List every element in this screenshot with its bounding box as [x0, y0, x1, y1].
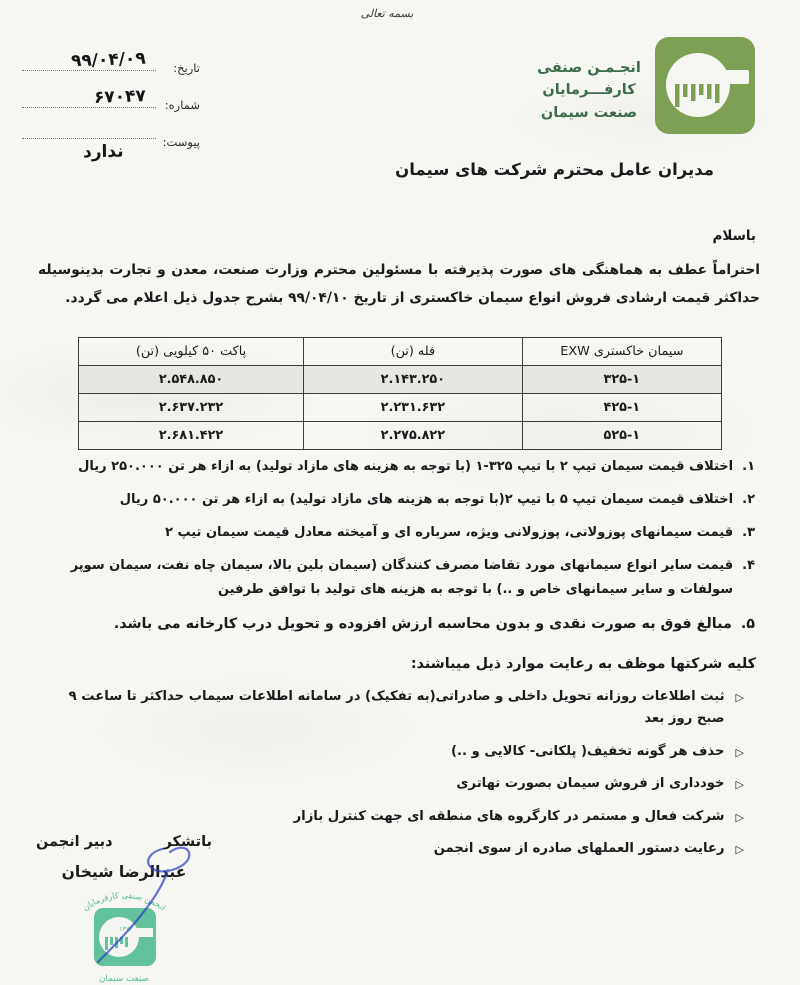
note-number: ۲. — [742, 488, 755, 512]
obligation-text: شرکت فعال و مستمر در کارگروه های منطقه ا… — [294, 806, 725, 828]
meta-date-row: تاریخ: ۹۹/۰۴/۰۹ — [20, 44, 200, 81]
arrow-bullet-icon: ▷ — [736, 773, 744, 795]
org-name-line: کارفـــرمایان — [530, 79, 648, 101]
org-name-line: انجـمـن صنفی — [530, 57, 648, 79]
number-label: شماره: — [165, 98, 200, 112]
note-item: ۱. اختلاف قیمت سیمان تیپ ۲ با تیپ ۳۲۵-۱ … — [34, 455, 755, 479]
price-table: سیمان خاکستری EXW فله (تن) پاکت ۵۰ کیلوی… — [78, 337, 722, 450]
bismillah-text: بسمه تعالی — [0, 7, 774, 20]
letter-meta: تاریخ: ۹۹/۰۴/۰۹ شماره: ۶۷۰۴۷ پیوست: ندار… — [20, 44, 200, 155]
note-number: ۳. — [742, 521, 755, 545]
notes-list: ۱. اختلاف قیمت سیمان تیپ ۲ با تیپ ۳۲۵-۱ … — [34, 455, 755, 647]
note-item: ۴. قیمت سایر انواع سیمانهای مورد تقاضا م… — [34, 554, 755, 602]
list-item: ▷ شرکت فعال و مستمر در کارگروه های منطقه… — [40, 806, 744, 828]
note-item: ۳. قیمت سیمانهای پوزولانی، پوزولانی ویژه… — [34, 521, 755, 545]
cement-type-cell: ۵۲۵-۱ — [522, 422, 721, 450]
list-item: ▷ حذف هر گونه تخفیف( پلکانی- کالایی و ..… — [40, 741, 744, 763]
bulk-price-cell: ۲.۲۳۱.۶۳۲ — [304, 394, 523, 422]
table-row: ۴۲۵-۱ ۲.۲۳۱.۶۳۲ ۲.۶۳۷.۲۳۲ — [79, 394, 722, 422]
letter-body: احتراماً عطف به هماهنگی های صورت پذیرفته… — [38, 256, 760, 313]
list-item: ▷ ثبت اطلاعات روزانه تحویل داخلی و صادرا… — [40, 686, 744, 731]
date-value-handwritten: ۹۹/۰۴/۰۹ — [71, 49, 146, 72]
table-header-row: سیمان خاکستری EXW فله (تن) پاکت ۵۰ کیلوی… — [79, 338, 722, 366]
arrow-bullet-icon: ▷ — [736, 806, 744, 828]
arrow-bullet-icon: ▷ — [736, 686, 744, 731]
bulk-price-cell: ۲.۲۷۵.۸۲۲ — [304, 422, 523, 450]
table-row: ۵۲۵-۱ ۲.۲۷۵.۸۲۲ ۲.۶۸۱.۴۲۲ — [79, 422, 722, 450]
salutation: باسلام — [712, 228, 756, 244]
meta-number-row: شماره: ۶۷۰۴۷ — [20, 81, 200, 118]
table-row: ۳۲۵-۱ ۲.۱۴۳.۲۵۰ ۲.۵۴۸.۸۵۰ — [79, 366, 722, 394]
handwritten-signature-scribble — [52, 838, 202, 970]
org-name-line: صنعت سیمان — [530, 102, 648, 124]
bulk-price-cell: ۲.۱۴۳.۲۵۰ — [304, 366, 523, 394]
arrow-bullet-icon: ▷ — [736, 838, 744, 860]
bag-price-cell: ۲.۵۴۸.۸۵۰ — [79, 366, 304, 394]
dotted-line — [22, 138, 156, 139]
attachment-value-handwritten: ندارد — [83, 142, 124, 163]
attachment-label: پیوست: — [163, 135, 200, 149]
obligation-text: حذف هر گونه تخفیف( پلکانی- کالایی و ..) — [451, 741, 725, 763]
letter-page: بسمه تعالی تاریخ: ۹۹/۰۴/۰۹ شماره: ۶۷۰۴۷ … — [0, 0, 800, 985]
note-number: ۱. — [742, 455, 755, 479]
obligations-heading: کلیه شرکتها موظف به رعایت موارد ذیل میبا… — [411, 656, 756, 672]
note-item-emphasized: ۵. مبالغ فوق به صورت نقدی و بدون محاسبه … — [34, 611, 755, 637]
obligation-text: خودداری از فروش سیمان بصورت تهاتری — [456, 773, 724, 795]
obligation-text: ثبت اطلاعات روزانه تحویل داخلی و صادراتی… — [40, 686, 725, 731]
col-header-type: سیمان خاکستری EXW — [522, 338, 721, 366]
date-label: تاریخ: — [173, 61, 200, 75]
cement-association-logo-icon — [654, 36, 756, 135]
note-text: اختلاف قیمت سیمان تیپ ۲ با تیپ ۳۲۵-۱ (با… — [78, 455, 733, 479]
recipient-title: مدیران عامل محترم شرکت های سیمان — [395, 160, 714, 179]
obligation-text: رعایت دستور العملهای صادره از سوی انجمن — [434, 838, 725, 860]
number-value-handwritten: ۶۷۰۴۷ — [94, 86, 147, 108]
cement-type-cell: ۳۲۵-۱ — [522, 366, 721, 394]
list-item: ▷ خودداری از فروش سیمان بصورت تهاتری — [40, 773, 744, 795]
col-header-bulk: فله (تن) — [304, 338, 523, 366]
arrow-bullet-icon: ▷ — [736, 741, 744, 763]
cement-type-cell: ۴۲۵-۱ — [522, 394, 721, 422]
dotted-line — [22, 107, 156, 108]
bag-price-cell: ۲.۶۸۱.۴۲۲ — [79, 422, 304, 450]
meta-attachment-row: پیوست: ندارد — [20, 118, 200, 155]
stamp-bottom-text: صنعت سیمان — [99, 974, 149, 984]
note-item: ۲. اختلاف قیمت سیمان تیپ ۵ با تیپ ۲(با ت… — [34, 488, 755, 512]
note-text: قیمت سیمانهای پوزولانی، پوزولانی ویژه، س… — [165, 521, 733, 545]
col-header-bag: پاکت ۵۰ کیلویی (تن) — [79, 338, 304, 366]
note-text: قیمت سایر انواع سیمانهای مورد تقاضا مصرف… — [34, 554, 733, 602]
note-text: اختلاف قیمت سیمان تیپ ۵ با تیپ ۲(با توجه… — [120, 488, 733, 512]
org-name: انجـمـن صنفی کارفـــرمایان صنعت سیمان — [530, 57, 648, 124]
bag-price-cell: ۲.۶۳۷.۲۳۲ — [79, 394, 304, 422]
note-text: مبالغ فوق به صورت نقدی و بدون محاسبه ارز… — [114, 611, 732, 637]
note-number: ۴. — [742, 554, 755, 602]
note-number: ۵. — [741, 611, 755, 637]
